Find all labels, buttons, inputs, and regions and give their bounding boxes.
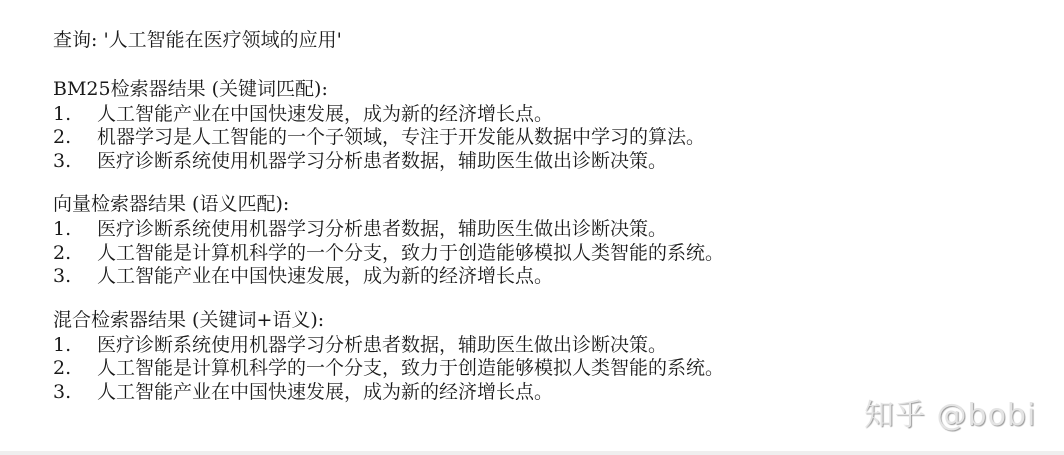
result-text: 医疗诊断系统使用机器学习分析患者数据，辅助医生做出诊断决策。 — [97, 150, 667, 174]
query-text: '人工智能在医疗领域的应用' — [103, 29, 341, 51]
section-heading: BM25检索器结果 (关键词匹配): — [53, 76, 724, 103]
result-text: 人工智能产业在中国快速发展，成为新的经济增长点。 — [97, 381, 553, 405]
result-item: 1. 人工智能产业在中国快速发展，成为新的经济增长点。 — [53, 103, 724, 127]
result-number: 2. — [53, 126, 97, 150]
result-number: 2. — [53, 357, 97, 381]
result-number: 2. — [53, 242, 97, 266]
result-number: 1. — [53, 103, 97, 127]
query-line: 查询: '人工智能在医疗领域的应用' — [53, 29, 724, 53]
result-number: 3. — [53, 381, 97, 405]
result-text: 人工智能是计算机科学的一个分支，致力于创造能够模拟人类智能的系统。 — [97, 357, 724, 381]
result-text: 人工智能产业在中国快速发展，成为新的经济增长点。 — [97, 265, 553, 289]
result-item: 2. 人工智能是计算机科学的一个分支，致力于创造能够模拟人类智能的系统。 — [53, 357, 724, 381]
result-text: 医疗诊断系统使用机器学习分析患者数据，辅助医生做出诊断决策。 — [97, 334, 667, 358]
result-number: 3. — [53, 150, 97, 174]
watermark: 知乎 @bobi — [864, 390, 1036, 434]
result-number: 3. — [53, 265, 97, 289]
result-text: 人工智能是计算机科学的一个分支，致力于创造能够模拟人类智能的系统。 — [97, 242, 724, 266]
section-heading: 向量检索器结果 (语义匹配): — [53, 191, 724, 218]
result-text: 机器学习是人工智能的一个子领域，专注于开发能从数据中学习的算法。 — [97, 126, 705, 150]
result-number: 1. — [53, 334, 97, 358]
hybrid-results-section: 混合检索器结果 (关键词+语义): 1. 医疗诊断系统使用机器学习分析患者数据，… — [53, 307, 724, 405]
bottom-edge-band — [0, 451, 1064, 455]
result-item: 2. 人工智能是计算机科学的一个分支，致力于创造能够模拟人类智能的系统。 — [53, 242, 724, 266]
result-text: 医疗诊断系统使用机器学习分析患者数据，辅助医生做出诊断决策。 — [97, 218, 667, 242]
result-item: 3. 人工智能产业在中国快速发展，成为新的经济增长点。 — [53, 265, 724, 289]
result-number: 1. — [53, 218, 97, 242]
result-item: 3. 人工智能产业在中国快速发展，成为新的经济增长点。 — [53, 381, 724, 405]
result-item: 1. 医疗诊断系统使用机器学习分析患者数据，辅助医生做出诊断决策。 — [53, 334, 724, 358]
result-item: 2. 机器学习是人工智能的一个子领域，专注于开发能从数据中学习的算法。 — [53, 126, 724, 150]
output-document: 查询: '人工智能在医疗领域的应用' BM25检索器结果 (关键词匹配): 1.… — [53, 29, 724, 404]
vector-results-section: 向量检索器结果 (语义匹配): 1. 医疗诊断系统使用机器学习分析患者数据，辅助… — [53, 191, 724, 289]
result-text: 人工智能产业在中国快速发展，成为新的经济增长点。 — [97, 103, 553, 127]
result-item: 3. 医疗诊断系统使用机器学习分析患者数据，辅助医生做出诊断决策。 — [53, 150, 724, 174]
section-heading: 混合检索器结果 (关键词+语义): — [53, 307, 724, 334]
result-item: 1. 医疗诊断系统使用机器学习分析患者数据，辅助医生做出诊断决策。 — [53, 218, 724, 242]
query-label: 查询: — [53, 29, 97, 51]
bm25-results-section: BM25检索器结果 (关键词匹配): 1. 人工智能产业在中国快速发展，成为新的… — [53, 76, 724, 174]
